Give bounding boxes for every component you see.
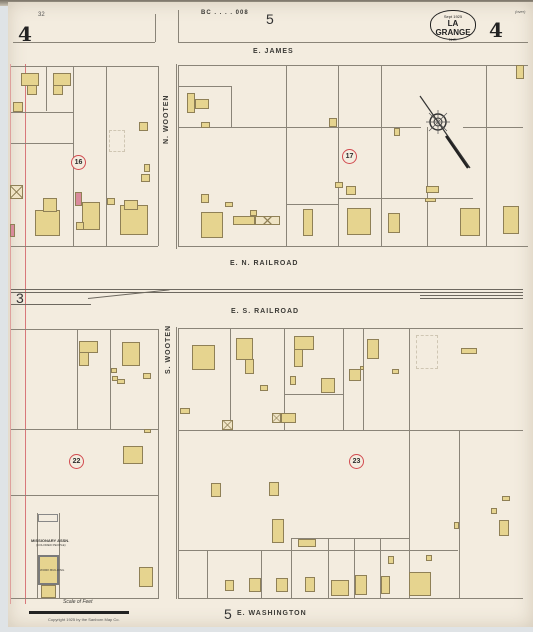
dwelling xyxy=(139,567,153,587)
outbuilding xyxy=(454,522,459,529)
outbuilding xyxy=(111,368,117,373)
corner-mark-top-left: 32 xyxy=(38,12,45,18)
lot-line xyxy=(207,550,208,598)
title-badge: Sept 1925 LA GRANGE N.C. xyxy=(430,10,476,40)
block-boundary xyxy=(178,65,528,66)
block-boundary xyxy=(178,246,528,247)
dwelling xyxy=(409,572,431,596)
lot-line xyxy=(178,86,231,87)
outbuilding xyxy=(426,555,432,561)
outbuilding xyxy=(346,186,356,195)
outbuilding xyxy=(76,222,84,230)
outbuilding xyxy=(335,182,343,188)
header-rule xyxy=(178,42,528,43)
dwelling xyxy=(276,578,288,592)
outbuilding xyxy=(250,210,257,216)
block-boundary xyxy=(178,65,179,246)
outbuilding xyxy=(180,408,190,414)
block-number-16[interactable]: 16 xyxy=(71,155,86,170)
header-rule xyxy=(178,10,179,42)
lot-line xyxy=(230,328,231,430)
dwelling xyxy=(305,577,315,592)
adjacent-sheet-bottom[interactable]: 5 xyxy=(224,606,232,622)
street-label-s-wooten: S. WOOTEN xyxy=(165,325,172,374)
outbuilding xyxy=(491,508,497,514)
street-label-en-railroad: E. N. RAILROAD xyxy=(230,260,298,267)
brick-building xyxy=(10,224,15,237)
railroad-siding xyxy=(420,295,523,296)
title-state: N.C. xyxy=(431,37,475,42)
dwelling xyxy=(53,85,63,95)
block-number-23[interactable]: 23 xyxy=(349,454,364,469)
block-number-22[interactable]: 22 xyxy=(69,454,84,469)
lot-line xyxy=(486,65,487,246)
railroad-track xyxy=(11,292,523,293)
fire-limit-line xyxy=(25,64,26,604)
lot-line xyxy=(291,538,292,598)
lot-line xyxy=(178,430,523,431)
lot-line xyxy=(409,328,410,598)
demolished-structure xyxy=(416,335,438,369)
lot-line xyxy=(261,550,262,598)
shed-structure xyxy=(272,413,281,423)
dwelling xyxy=(122,342,140,366)
dwelling xyxy=(187,93,195,113)
outbuilding xyxy=(321,378,335,393)
dwelling xyxy=(43,198,57,212)
street-label-n-wooten: N. WOOTEN xyxy=(163,95,170,144)
header-rule xyxy=(155,14,156,42)
dwelling xyxy=(201,212,223,238)
outbuilding xyxy=(425,198,436,202)
dwelling xyxy=(124,200,138,210)
lot-line xyxy=(11,429,158,430)
school-outbuilding xyxy=(38,514,58,522)
lot-line xyxy=(338,198,473,199)
lot-line xyxy=(459,430,460,598)
railroad-siding xyxy=(88,289,170,299)
outbuilding xyxy=(139,122,148,131)
adjacent-sheet-left[interactable]: 3 xyxy=(16,290,24,306)
dwelling xyxy=(349,369,361,381)
lot-line xyxy=(106,66,107,246)
fire-limit-line xyxy=(10,64,11,604)
outbuilding xyxy=(141,174,150,182)
lot-line xyxy=(11,495,158,496)
dwelling xyxy=(236,338,253,360)
lot-line xyxy=(110,329,111,429)
lot-line xyxy=(381,65,382,246)
adjacent-sheet-top[interactable]: 5 xyxy=(266,11,274,27)
outbuilding xyxy=(394,128,400,136)
lot-line xyxy=(11,112,73,113)
railroad-siding xyxy=(420,298,523,299)
block-boundary xyxy=(11,246,158,247)
block-boundary xyxy=(11,329,158,330)
outbuilding xyxy=(225,202,233,207)
lot-line xyxy=(46,66,47,111)
block-boundary xyxy=(11,66,158,67)
dwelling xyxy=(303,209,313,236)
dwelling xyxy=(388,213,400,233)
lot-line xyxy=(286,204,338,205)
street-edge xyxy=(176,327,177,599)
outbuilding xyxy=(201,194,209,203)
outbuilding xyxy=(426,186,439,193)
dwelling xyxy=(192,345,215,370)
dwelling xyxy=(381,576,390,594)
dwelling xyxy=(294,349,303,367)
dwelling xyxy=(211,483,221,497)
dwelling xyxy=(245,359,254,374)
outbuilding xyxy=(360,366,364,370)
street-edge xyxy=(176,64,177,249)
outbuilding xyxy=(260,385,268,391)
dwelling xyxy=(331,580,349,596)
dwelling xyxy=(249,578,261,592)
school-building-label: WORK BUILDING xyxy=(40,568,64,572)
lot-line xyxy=(11,143,73,144)
outbuilding xyxy=(281,413,296,423)
block-boundary xyxy=(158,329,159,599)
dwelling xyxy=(27,85,37,95)
lot-line xyxy=(59,513,60,598)
dwelling xyxy=(294,336,314,350)
sheet-number-right: 4 xyxy=(489,18,503,42)
outbuilding xyxy=(502,496,510,501)
lot-line xyxy=(363,328,364,430)
lot-line xyxy=(328,538,329,598)
lot-line xyxy=(178,127,421,128)
outbuilding xyxy=(41,585,56,598)
outbuilding xyxy=(144,429,151,433)
outbuilding xyxy=(143,373,151,379)
dwelling xyxy=(225,580,234,591)
header-rule xyxy=(13,42,155,43)
store-building xyxy=(233,216,255,225)
demolished-structure xyxy=(109,130,125,152)
street-label-e-washington: E. WASHINGTON xyxy=(237,610,307,617)
outbuilding xyxy=(461,348,477,354)
dwelling xyxy=(347,208,371,235)
shed-structure xyxy=(222,420,233,430)
dwelling xyxy=(82,202,100,230)
lot-line xyxy=(286,65,287,246)
outbuilding xyxy=(388,556,394,564)
shed-structure xyxy=(255,216,280,225)
brick-building xyxy=(75,192,82,206)
dwelling xyxy=(195,99,209,109)
corner-mark-top-right: (over) xyxy=(515,9,525,14)
outbuilding xyxy=(392,369,399,374)
lot-line xyxy=(284,394,343,395)
copyright-notice: Copyright 1925 by the Sanborn Map Co. xyxy=(48,617,120,622)
dwelling xyxy=(79,352,89,366)
dwelling xyxy=(355,575,367,595)
outbuilding xyxy=(516,65,524,79)
lot-line xyxy=(231,86,232,127)
north-arrow-compass-icon xyxy=(410,92,482,172)
outbuilding xyxy=(201,122,210,128)
dwelling xyxy=(272,519,284,543)
street-label-e-james: E. JAMES xyxy=(253,48,294,55)
street-label-es-railroad: E. S. RAILROAD xyxy=(231,308,299,315)
lot-line xyxy=(178,550,458,551)
outbuilding xyxy=(107,198,115,205)
title-town: LA GRANGE xyxy=(431,19,475,37)
block-boundary xyxy=(178,328,179,598)
outbuilding xyxy=(117,379,125,384)
dwelling xyxy=(460,208,480,236)
school-subtitle: (COLORED PEOPLE) xyxy=(36,543,66,547)
lot-line xyxy=(338,65,339,246)
vacant-structure xyxy=(10,185,23,199)
block-boundary xyxy=(178,598,523,599)
block-boundary xyxy=(158,66,159,246)
dwelling xyxy=(123,446,143,464)
dwelling xyxy=(499,520,509,536)
adjacent-sheet-reference: BC . . . . 008 xyxy=(201,10,249,16)
outbuilding xyxy=(298,539,316,547)
scale-bar xyxy=(29,611,129,614)
dwelling xyxy=(35,210,60,236)
lot-line xyxy=(77,329,78,429)
outbuilding xyxy=(144,164,150,172)
lot-line xyxy=(343,328,344,430)
outbuilding xyxy=(13,102,23,112)
sanborn-map-sheet: 32 4 BC . . . . 008 5 Sept 1925 LA GRANG… xyxy=(8,2,533,627)
dwelling xyxy=(269,482,279,496)
outbuilding xyxy=(290,376,296,385)
outbuilding xyxy=(329,118,337,127)
railroad-track xyxy=(11,289,523,290)
block-number-17[interactable]: 17 xyxy=(342,149,357,164)
dwelling xyxy=(503,206,519,234)
scale-label: Scale of Feet xyxy=(63,599,92,605)
dwelling xyxy=(367,339,379,359)
